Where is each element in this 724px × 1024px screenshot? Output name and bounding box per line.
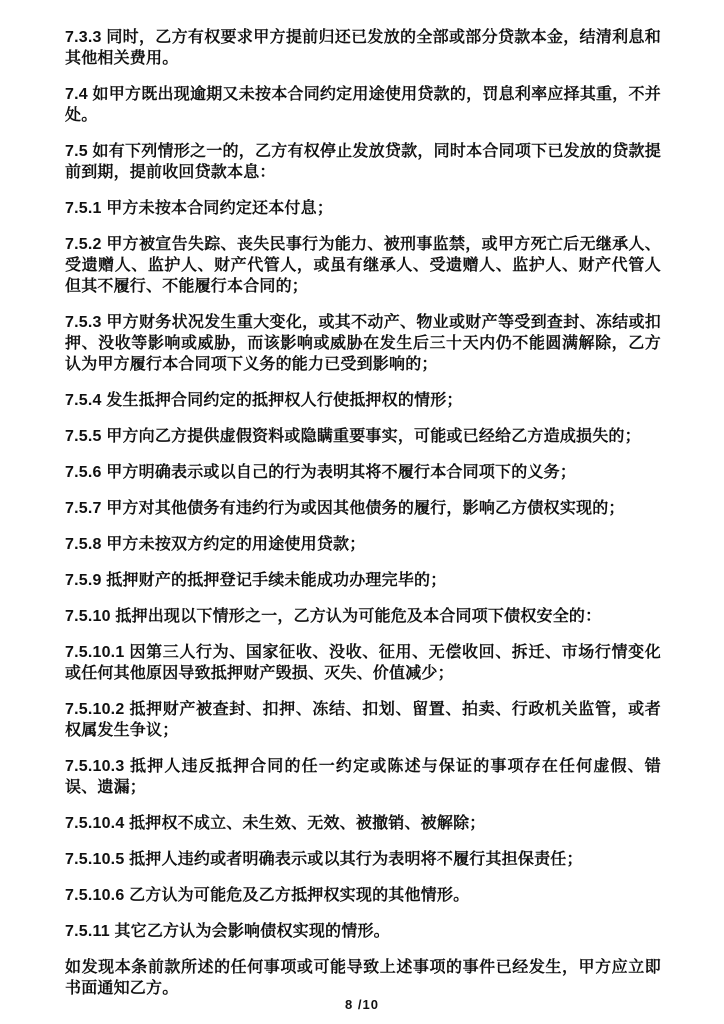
clause-7-5-6: 7.5.6 甲方明确表示或以自己的行为表明其将不履行本合同项下的义务；: [65, 462, 661, 483]
clause-7-5-2: 7.5.2 甲方被宣告失踪、丧失民事行为能力、被刑事监禁，或甲方死亡后无继承人、…: [65, 234, 661, 297]
clause-7-5-7: 7.5.7 甲方对其他债务有违约行为或因其他债务的履行，影响乙方债权实现的；: [65, 498, 661, 519]
clause-7-5-10-2: 7.5.10.2 抵押财产被查封、扣押、冻结、扣划、留置、拍卖、行政机关监管，或…: [65, 699, 661, 741]
clause-7-5-1: 7.5.1 甲方未按本合同约定还本付息；: [65, 198, 661, 219]
clause-7-3-3: 7.3.3 同时，乙方有权要求甲方提前归还已发放的全部或部分贷款本金，结清利息和…: [65, 27, 661, 69]
clause-7-5-10-5: 7.5.10.5 抵押人违约或者明确表示或以其行为表明将不履行其担保责任；: [65, 849, 661, 870]
contract-page: 7.3.3 同时，乙方有权要求甲方提前归还已发放的全部或部分贷款本金，结清利息和…: [0, 0, 724, 1024]
clause-7-5-5: 7.5.5 甲方向乙方提供虚假资料或隐瞒重要事实，可能或已经给乙方造成损失的；: [65, 426, 661, 447]
contract-body: 7.3.3 同时，乙方有权要求甲方提前归还已发放的全部或部分贷款本金，结清利息和…: [65, 27, 661, 1014]
page-number: 8 /10: [0, 997, 724, 1012]
clause-7-5-3: 7.5.3 甲方财务状况发生重大变化，或其不动产、物业或财产等受到查封、冻结或扣…: [65, 312, 661, 375]
notice-paragraph: 如发现本条前款所述的任何事项或可能导致上述事项的事件已经发生，甲方应立即书面通知…: [65, 957, 661, 999]
clause-7-5-10-4: 7.5.10.4 抵押权不成立、未生效、无效、被撤销、被解除；: [65, 813, 661, 834]
clause-7-5-8: 7.5.8 甲方未按双方约定的用途使用贷款；: [65, 534, 661, 555]
clause-7-4: 7.4 如甲方既出现逾期又未按本合同约定用途使用贷款的，罚息利率应择其重，不并处…: [65, 84, 661, 126]
clause-7-5: 7.5 如有下列情形之一的，乙方有权停止发放贷款，同时本合同项下已发放的贷款提前…: [65, 141, 661, 183]
clause-7-5-11: 7.5.11 其它乙方认为会影响债权实现的情形。: [65, 921, 661, 942]
clause-7-5-10: 7.5.10 抵押出现以下情形之一，乙方认为可能危及本合同项下债权安全的：: [65, 606, 661, 627]
clause-7-5-10-3: 7.5.10.3 抵押人违反抵押合同的任一约定或陈述与保证的事项存在任何虚假、错…: [65, 756, 661, 798]
clause-7-5-4: 7.5.4 发生抵押合同约定的抵押权人行使抵押权的情形；: [65, 390, 661, 411]
clause-7-5-10-1: 7.5.10.1 因第三人行为、国家征收、没收、征用、无偿收回、拆迁、市场行情变…: [65, 642, 661, 684]
clause-7-5-10-6: 7.5.10.6 乙方认为可能危及乙方抵押权实现的其他情形。: [65, 885, 661, 906]
clause-7-5-9: 7.5.9 抵押财产的抵押登记手续未能成功办理完毕的；: [65, 570, 661, 591]
